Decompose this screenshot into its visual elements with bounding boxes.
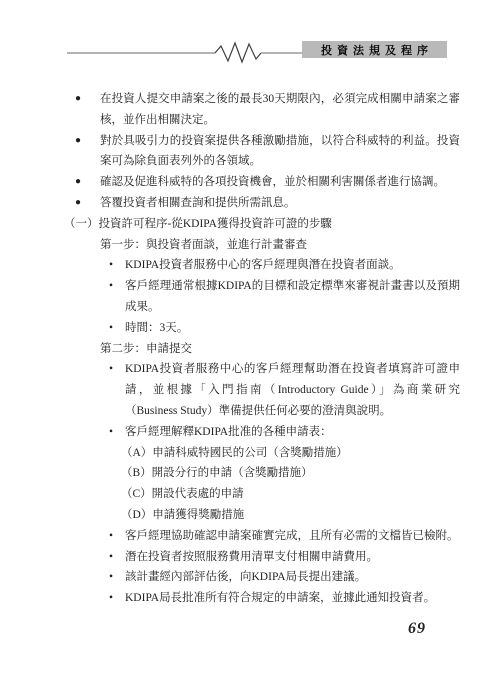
page-number: 69 [408,620,426,638]
header-rule-zigzag-icon [67,40,303,64]
dot-icon: • [100,567,125,588]
step1-title: 第一步：與投資者面談，並進行計畫審查 [100,235,460,256]
bullet-text: 對於具吸引力的投資案提供各種激勵措施，以符合科威特的利益。投資案可為除負面表列外… [100,131,460,173]
sub-bullet-text: 客戶經理通常根據KDIPA的目標和設定標準來審視計畫書以及預期成果。 [125,276,460,318]
bullet-icon: ● [64,193,100,214]
bullet-text: 在投資人提交申請案之後的最長30天期限內，必須完成相關申請案之審核，並作出相關決… [100,89,460,131]
form-type-item: （D）申請獲得獎勵措施 [121,505,460,526]
sub-bullet-item: • 客戶經理協助確認申請案確實完成，且所有必需的文檔皆已檢附。 [64,526,460,547]
sub-bullet-text: 客戶經理協助確認申請案確實完成，且所有必需的文檔皆已檢附。 [125,526,460,547]
section-heading: （一）投資許可程序-從KDIPA獲得投資許可證的步驟 [64,214,460,235]
bullet-icon: ● [64,131,100,173]
sub-bullet-item: • 時間：3天。 [64,318,460,339]
document-page: 投資法規及程序 ● 在投資人提交申請案之後的最長30天期限內，必須完成相關申請案… [0,0,480,679]
bullet-text: 確認及促進科威特的各項投資機會，並於相關利害關係者進行協調。 [100,172,460,193]
dot-icon: • [100,318,125,339]
dot-icon: • [100,255,125,276]
sub-bullet-item: • KDIPA投資者服務中心的客戶經理幫助潛在投資者填寫許可證申請，並根據「入門… [64,359,460,421]
dot-icon: • [100,422,125,443]
sub-bullet-item: • 該計畫經內部評估後，向KDIPA局長提出建議。 [64,567,460,588]
sub-bullet-item: • KDIPA局長批准所有符合規定的申請案，並據此通知投資者。 [64,588,460,609]
sub-bullet-text: KDIPA局長批准所有符合規定的申請案，並據此通知投資者。 [125,588,460,609]
dot-icon: • [100,547,125,568]
bullet-item: ● 確認及促進科威特的各項投資機會，並於相關利害關係者進行協調。 [64,172,460,193]
sub-bullet-text: 時間：3天。 [125,318,460,339]
dot-icon: • [100,588,125,609]
dot-icon: • [100,359,125,421]
sub-bullet-item: • 客戶經理解釋KDIPA批准的各種申請表： [64,422,460,443]
bullet-icon: ● [64,89,100,131]
dot-icon: • [100,526,125,547]
form-type-item: （B）開設分行的申請（含獎勵措施） [121,463,460,484]
section-title-badge: 投資法規及程序 [302,41,447,58]
sub-bullet-text: KDIPA投資者服務中心的客戶經理幫助潛在投資者填寫許可證申請，並根據「入門指南… [125,359,460,421]
bullet-item: ● 對於具吸引力的投資案提供各種激勵措施，以符合科威特的利益。投資案可為除負面表… [64,131,460,173]
bullet-text: 答覆投資者相關查詢和提供所需訊息。 [100,193,460,214]
sub-bullet-item: • 潛在投資者按照服務費用清單支付相關申請費用。 [64,547,460,568]
sub-bullet-text: 該計畫經內部評估後，向KDIPA局長提出建議。 [125,567,460,588]
form-type-item: （C）開設代表處的申請 [121,484,460,505]
dot-icon: • [100,276,125,318]
section-title: 投資法規及程序 [316,42,433,58]
sub-bullet-item: • 客戶經理通常根據KDIPA的目標和設定標準來審視計畫書以及預期成果。 [64,276,460,318]
bullet-icon: ● [64,172,100,193]
sub-bullet-text: 客戶經理解釋KDIPA批准的各種申請表： [125,422,460,443]
sub-bullet-item: • KDIPA投資者服務中心的客戶經理與潛在投資者面談。 [64,255,460,276]
sub-bullet-text: KDIPA投資者服務中心的客戶經理與潛在投資者面談。 [125,255,460,276]
document-body: ● 在投資人提交申請案之後的最長30天期限內，必須完成相關申請案之審核，並作出相… [64,89,460,609]
bullet-item: ● 答覆投資者相關查詢和提供所需訊息。 [64,193,460,214]
form-type-item: （A）申請科威特國民的公司（含獎勵措施） [121,443,460,464]
sub-bullet-text: 潛在投資者按照服務費用清單支付相關申請費用。 [125,547,460,568]
step2-title: 第二步：申請提交 [100,339,460,360]
bullet-item: ● 在投資人提交申請案之後的最長30天期限內，必須完成相關申請案之審核，並作出相… [64,89,460,131]
